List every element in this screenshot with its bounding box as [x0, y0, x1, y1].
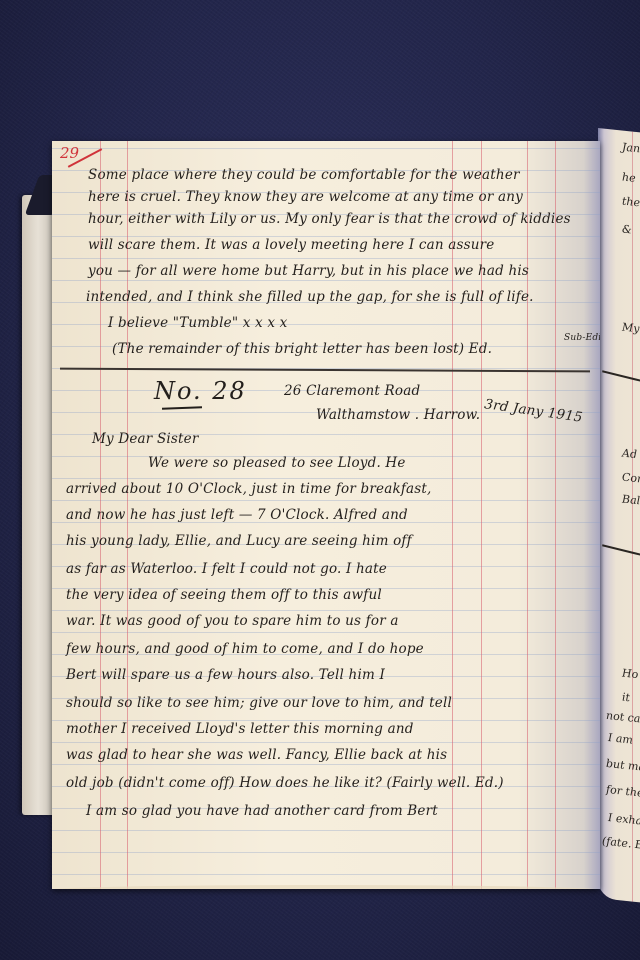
prev-letter-line: I believe "Tumble" x x x x — [108, 315, 287, 331]
body-line: old job (didn't come off) How does he li… — [66, 775, 504, 791]
facing-page-fragment: My — [622, 321, 639, 336]
address-line-1: 26 Claremont Road — [284, 383, 420, 399]
body-line: the very idea of seeing them off to this… — [66, 587, 382, 603]
notebook-page: 29 Some place where they could be comfor… — [52, 141, 600, 889]
facing-page-fragment: he — [622, 171, 636, 185]
salutation: My Dear Sister — [92, 431, 199, 447]
body-line: was glad to hear she was well. Fancy, El… — [66, 747, 447, 763]
body-line: as far as Waterloo. I felt I could not g… — [66, 561, 387, 577]
body-line: mother I received Lloyd's letter this mo… — [66, 721, 414, 737]
margin-note: Sub-Editor — [564, 333, 600, 343]
prev-letter-line: hour, either with Lily or us. My only fe… — [88, 211, 571, 227]
facing-page-divider — [602, 544, 640, 561]
facing-page-fragment: I exha — [608, 811, 640, 828]
facing-page-fragment: Jan — [622, 141, 640, 156]
body-line: his young lady, Ellie, and Lucy are seei… — [66, 533, 412, 549]
prev-letter-line: you — for all were home but Harry, but i… — [88, 263, 529, 279]
facing-page-fragment: but ma — [606, 757, 640, 774]
prev-letter-line: intended, and I think she filled up the … — [86, 289, 534, 305]
body-line: should so like to see him; give our love… — [66, 695, 452, 711]
facing-page-fragment: not ca — [606, 709, 640, 726]
margin-line-right-4 — [555, 141, 556, 889]
body-line: and now he has just left — 7 O'Clock. Al… — [66, 507, 408, 523]
facing-page-fragment: Ho — [622, 667, 638, 682]
body-line: few hours, and good of him to come, and … — [66, 641, 424, 657]
body-line: war. It was good of you to spare him to … — [66, 613, 399, 629]
page-number: 29 — [60, 144, 79, 162]
prev-letter-line: (The remainder of this bright letter has… — [112, 341, 492, 357]
facing-page-fragment: Bala — [622, 493, 640, 509]
facing-page-fragment: Ad — [622, 447, 637, 462]
facing-page-fragment: (fate. Ed.) — [602, 834, 640, 853]
facing-page-fragment: for the — [606, 783, 640, 800]
facing-page-divider — [602, 370, 640, 387]
body-line: arrived about 10 O'Clock, just in time f… — [66, 481, 432, 497]
body-line: We were so pleased to see Lloyd. He — [148, 455, 406, 471]
facing-page-fragment: Com — [622, 471, 640, 487]
address-line-2: Walthamstow . Harrow. — [316, 407, 480, 423]
body-line: Bert will spare us a few hours also. Tel… — [66, 667, 385, 683]
facing-page: Jan he the & My Ad Com Bala Ho it not ca… — [598, 128, 640, 904]
prev-letter-line: Some place where they could be comfortab… — [88, 167, 520, 183]
facing-page-fragment: & — [622, 223, 632, 237]
margin-line-right-3 — [527, 141, 528, 889]
letter-number: No. 28 — [154, 377, 247, 405]
facing-page-fragment: the — [622, 195, 640, 210]
facing-page-fragment: it — [622, 691, 630, 705]
facing-page-fragment: I am — [608, 731, 633, 747]
body-line: I am so glad you have had another card f… — [86, 803, 438, 819]
prev-letter-line: will scare them. It was a lovely meeting… — [88, 237, 495, 253]
prev-letter-line: here is cruel. They know they are welcom… — [88, 189, 523, 205]
